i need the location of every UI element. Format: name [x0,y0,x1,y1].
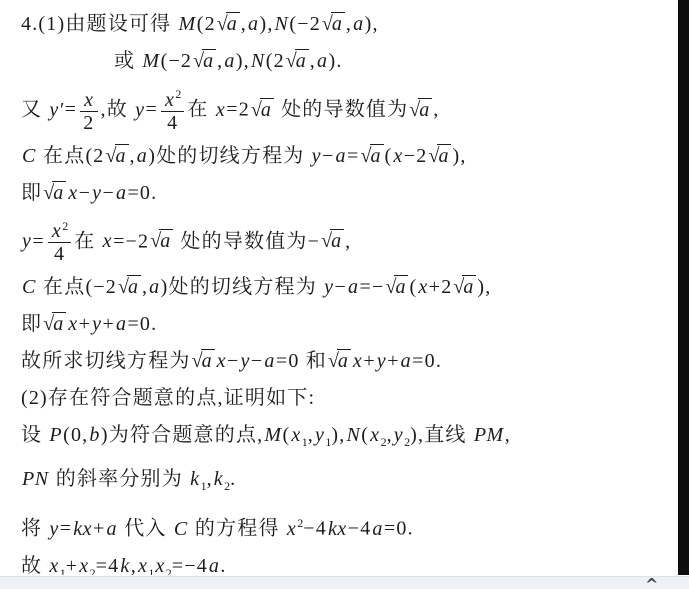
math-text: = [65,99,77,121]
radicand: a [127,275,141,298]
math-text: − [251,350,263,372]
math-variable: kx [72,518,93,540]
math-text: −4 [348,518,372,540]
square-root: √a [361,141,384,171]
math-text: ), [452,145,466,167]
math-line: 故所求切线方程为√ax−y−a=0 和√ax+y+a=0. [21,346,673,376]
math-variable: a [247,13,260,35]
math-text: +2 [429,276,453,298]
math-text: 处的导数值为 [275,99,408,121]
math-variable: N [345,424,361,446]
square-root: √a [217,9,240,39]
square-root: √a [150,226,173,256]
math-line: (2)存在符合题意的点,证明如下: [21,383,673,413]
math-variable: a [371,518,384,540]
math-variable: y [134,99,145,121]
math-text: 的方程得 [189,518,286,540]
radicand: a [462,275,476,298]
math-text: + [363,350,375,372]
math-variable: PM [473,424,505,446]
math-variable: a [352,13,365,35]
math-line: PN 的斜率分别为 k1,k2. [21,464,673,501]
radicand: a [418,98,432,121]
math-text: (2 [266,50,285,72]
math-variable: M [141,50,160,72]
math-text: , [387,424,393,446]
radicand: a [394,275,408,298]
math-text: (−2 [161,50,193,72]
fraction: x2 [80,89,97,134]
math-text: ( [361,424,369,446]
math-variable: M [263,424,282,446]
math-line: 将 y=kx+a 代入 C 的方程得 x2−4kx−4a=0. [21,508,673,544]
math-text: 在 [187,99,214,121]
math-variable: x [67,182,78,204]
math-text: = [32,230,44,252]
math-text: − [227,350,239,372]
math-superscript: 2 [175,87,181,101]
fraction: x24 [48,215,71,266]
math-text: + [387,350,399,372]
math-line: 故 x1+x2=4k,x1x2=−4a. [21,551,673,575]
math-variable: y [376,350,387,372]
math-line: 即√ax+y+a=0. [21,309,673,339]
math-line: 或 M(−2√a,a),N(2√a,a). [114,46,673,76]
math-variable: k [189,468,200,490]
math-text: ). [328,50,342,72]
math-variable: a [208,555,221,575]
math-text: = [347,145,359,167]
math-superscript: 2 [62,219,68,233]
math-text: 2 [83,112,94,134]
solution-text-area: 4.(1)由题设可得 M(2√a,a),N(−2√a,a),或 M(−2√a,a… [0,0,677,575]
math-text: =0. [127,182,157,204]
math-text: 的斜率分别为 [50,468,190,490]
document-page: 4.(1)由题设可得 M(2√a,a),N(−2√a,a),或 M(−2√a,a… [0,0,689,589]
tray-chevron-icon[interactable]: ^ [645,578,658,589]
square-root: √a [192,346,215,376]
math-variable: x [290,424,301,446]
math-line: 4.(1)由题设可得 M(2√a,a),N(−2√a,a), [21,9,673,39]
math-line: y=x24在 x=−2√a 处的导数值为−√a, [21,215,673,266]
math-text: , [345,230,351,252]
math-text: + [93,518,105,540]
math-text: =− [360,276,385,298]
math-text: 4 [167,112,178,134]
math-variable: y′ [48,99,64,121]
math-variable: y [311,145,322,167]
math-variable: a [106,518,119,540]
math-text: . [220,555,226,575]
taskbar-strip: ^ [0,576,689,589]
math-variable: a [335,145,348,167]
square-root: √a [409,95,432,125]
math-variable: x [51,220,62,242]
radicand: a [370,144,384,167]
square-root: √a [43,309,66,339]
math-text: , [433,99,439,121]
math-text: − [335,276,347,298]
math-variable: x [48,555,59,575]
math-text: (0, [63,424,88,446]
math-line: C 在点(2√a,a)处的切线方程为 y−a=√a(x−2√a), [21,141,673,171]
math-variable: y [21,230,32,252]
math-variable: PN [21,468,50,490]
math-text: − [79,182,91,204]
scrollbar[interactable] [678,0,689,575]
math-line: 又 y′=x2,故 y=x24在 x=2√a 处的导数值为√a, [21,83,673,134]
math-text: , [130,145,136,167]
math-text: −4 [303,518,327,540]
square-root: √a [428,141,451,171]
square-root: √a [251,95,274,125]
math-text: ), [365,13,379,35]
radicand: a [260,98,274,121]
radicand: a [115,144,129,167]
fraction: x24 [161,83,184,134]
math-variable: x [102,230,113,252]
fraction-numerator: x2 [161,83,184,112]
math-text: )处的切线方程为 [148,145,310,167]
math-variable: y [323,276,334,298]
math-variable: x [78,555,89,575]
math-text: = [60,518,72,540]
math-text: 将 [21,518,48,540]
math-text: =4 [96,555,120,575]
math-variable: x [286,518,297,540]
radicand: a [226,12,240,35]
math-variable: x [154,555,165,575]
math-text: − [102,182,114,204]
math-text: (2)存在符合题意的点,证明如下: [21,387,315,409]
math-text: =0. [127,313,157,335]
math-text: 即 [21,182,42,204]
math-text: . [230,468,236,490]
math-line: C 在点(−2√a,a)处的切线方程为 y−a=−√a(x+2√a), [21,272,673,302]
math-variable: x [392,145,403,167]
math-variable: M [178,13,197,35]
math-text: 代入 [118,518,173,540]
math-variable: x [352,350,363,372]
math-variable: N [274,13,290,35]
fraction-numerator: x2 [48,215,71,244]
math-variable: a [316,50,329,72]
math-variable: kx [327,518,348,540]
math-text: (2 [197,13,216,35]
math-text: ), [331,424,345,446]
math-variable: a [263,350,276,372]
math-text: ), [477,276,491,298]
math-text: 即 [21,313,42,335]
math-variable: y [48,518,59,540]
radicand: a [52,312,66,335]
math-variable: y [393,424,404,446]
radicand: a [52,181,66,204]
square-root: √a [43,178,66,208]
math-variable: x [216,350,227,372]
math-line: 设 P(0,b)为符合题意的点,M(x1,y1),N(x2,y2),直线 PM, [21,420,673,457]
fraction-numerator: x [80,89,97,112]
radicand: a [331,12,345,35]
math-text: =0. [412,350,442,372]
math-text: ,故 [101,99,135,121]
math-variable: x [215,99,226,121]
math-variable: C [21,145,37,167]
math-variable: N [250,50,266,72]
radicand: a [295,49,309,72]
radicand: a [202,49,216,72]
math-text: + [79,313,91,335]
math-variable: x [83,89,94,111]
math-text: 4 [54,243,65,265]
math-variable: x [417,276,428,298]
math-variable: a [148,276,161,298]
math-text: , [207,468,213,490]
square-root: √a [106,141,129,171]
math-text: =0. [384,518,414,540]
math-variable: k [213,468,224,490]
square-root: √a [385,272,408,302]
math-variable: x [164,89,175,111]
math-text: ),直线 [410,424,473,446]
math-variable: a [347,276,360,298]
math-text: )为符合题意的点, [101,424,263,446]
tray-icons-cutoff [668,583,688,589]
math-text: = [146,99,158,121]
radicand: a [337,349,351,372]
fraction-denominator: 4 [161,112,184,134]
radicand: a [201,349,215,372]
math-text: − [322,145,334,167]
math-text: =−2 [113,230,149,252]
math-text: 在 [74,230,101,252]
math-text: =2 [226,99,250,121]
math-text: )处的切线方程为 [161,276,323,298]
math-text: =0 和 [276,350,327,372]
math-variable: y [239,350,250,372]
square-root: √a [453,272,476,302]
fraction-denominator: 2 [80,112,97,134]
math-text: 处的导数值为− [174,230,320,252]
math-variable: C [21,276,37,298]
math-text: + [66,555,78,575]
math-variable: y [91,313,102,335]
math-variable: x [369,424,380,446]
math-text: 在点(−2 [37,276,117,298]
square-root: √a [328,346,351,376]
radicand: a [330,229,344,252]
math-text: −2 [404,145,428,167]
radicand: a [437,144,451,167]
math-text: , [505,424,511,446]
math-text: ), [259,13,273,35]
math-variable: a [223,50,236,72]
math-text: 故所求切线方程为 [21,350,191,372]
math-text: ), [236,50,250,72]
math-variable: C [173,518,189,540]
math-variable: a [136,145,149,167]
math-line: 即√ax−y−a=0. [21,178,673,208]
math-text: 设 [21,424,48,446]
math-variable: x [67,313,78,335]
math-variable: x [137,555,148,575]
math-variable: P [48,424,63,446]
math-text: 故 [21,555,48,575]
radicand: a [159,229,173,252]
math-variable: a [115,313,128,335]
square-root: √a [321,226,344,256]
square-root: √a [286,46,309,76]
math-variable: b [88,424,101,446]
math-variable: k [119,555,130,575]
math-variable: y [314,424,325,446]
fraction-denominator: 4 [48,243,71,265]
square-root: √a [193,46,216,76]
square-root: √a [118,272,141,302]
math-variable: y [91,182,102,204]
math-variable: a [400,350,413,372]
math-text: (−2 [289,13,321,35]
math-text: + [102,313,114,335]
math-text: 4.(1)由题设可得 [21,13,178,35]
math-variable: a [115,182,128,204]
math-text: 在点(2 [37,145,105,167]
math-text: =−4 [172,555,208,575]
square-root: √a [322,9,345,39]
math-text: 或 [114,50,141,72]
math-text: 又 [21,99,48,121]
